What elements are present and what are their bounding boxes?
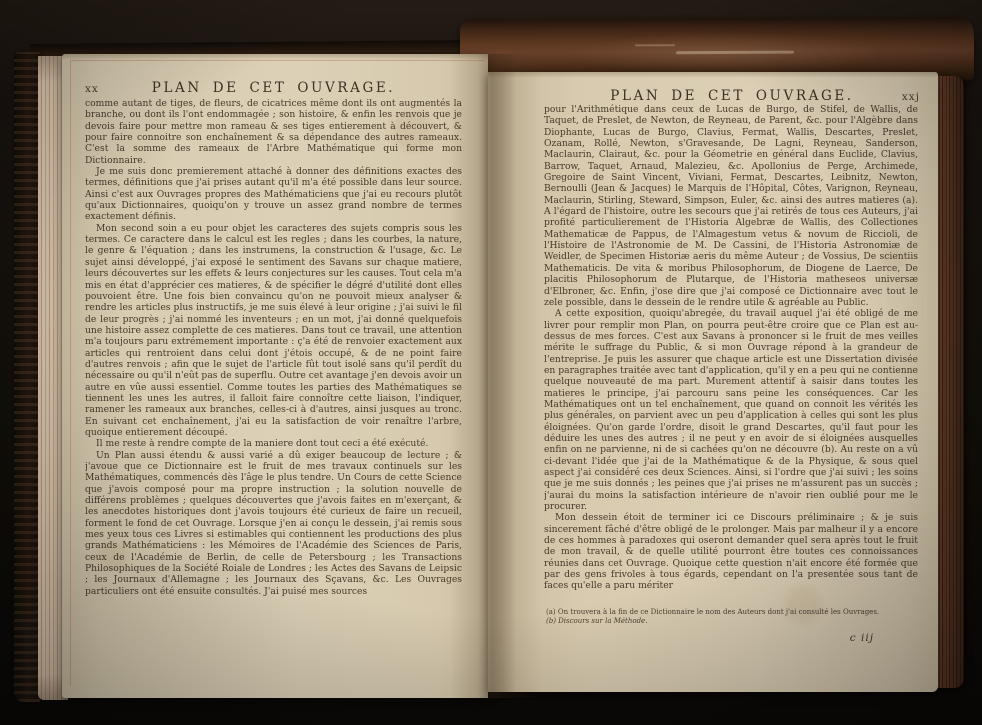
paragraph: Mon second soin a eu pour objet les cara… bbox=[85, 223, 462, 439]
left-page-number: xx bbox=[85, 83, 141, 95]
footnotes: (a) On trouvera à la fin de ce Dictionna… bbox=[546, 608, 912, 625]
left-running-title: PLAN DE CET OUVRAGE. bbox=[141, 80, 406, 96]
top-edge-scratch bbox=[635, 44, 675, 46]
footnote-a: (a) On trouvera à la fin de ce Dictionna… bbox=[546, 608, 912, 617]
book-photo-scene: xx PLAN DE CET OUVRAGE. comme autant de … bbox=[0, 0, 982, 725]
paragraph: pour l'Arithmétique dans ceux de Lucas d… bbox=[544, 104, 918, 308]
book-cover-edge-left bbox=[14, 52, 40, 702]
book-fore-edge-right bbox=[936, 76, 964, 688]
right-page: PLAN DE CET OUVRAGE. xxj pour l'Arithmét… bbox=[488, 72, 938, 692]
footnote-b: (b) Discours sur la Méthode. bbox=[546, 617, 912, 626]
left-page: xx PLAN DE CET OUVRAGE. comme autant de … bbox=[62, 54, 488, 698]
right-running-title: PLAN DE CET OUVRAGE. bbox=[600, 88, 864, 104]
paragraph: Il me reste à rendre compte de la manier… bbox=[85, 438, 462, 449]
right-page-header: PLAN DE CET OUVRAGE. xxj bbox=[544, 88, 920, 104]
paragraph: Je me suis donc premierement attaché à d… bbox=[85, 166, 462, 223]
signature-mark: c iij bbox=[850, 632, 874, 644]
paragraph: comme autant de tiges, de fleurs, de cic… bbox=[85, 98, 462, 166]
paragraph: Un Plan aussi étendu & aussi varié a dû … bbox=[85, 450, 462, 597]
paragraph: A cette exposition, quoiqu'abregée, du t… bbox=[544, 308, 918, 512]
right-page-number: xxj bbox=[864, 91, 920, 103]
left-page-text-block: comme autant de tiges, de fleurs, de cic… bbox=[85, 98, 462, 658]
left-page-header: xx PLAN DE CET OUVRAGE. bbox=[85, 80, 462, 96]
paragraph: Mon dessein étoit de terminer ici ce Dis… bbox=[544, 512, 918, 591]
right-page-text-block: pour l'Arithmétique dans ceux de Lucas d… bbox=[544, 104, 918, 606]
top-edge-scratch bbox=[676, 51, 794, 55]
